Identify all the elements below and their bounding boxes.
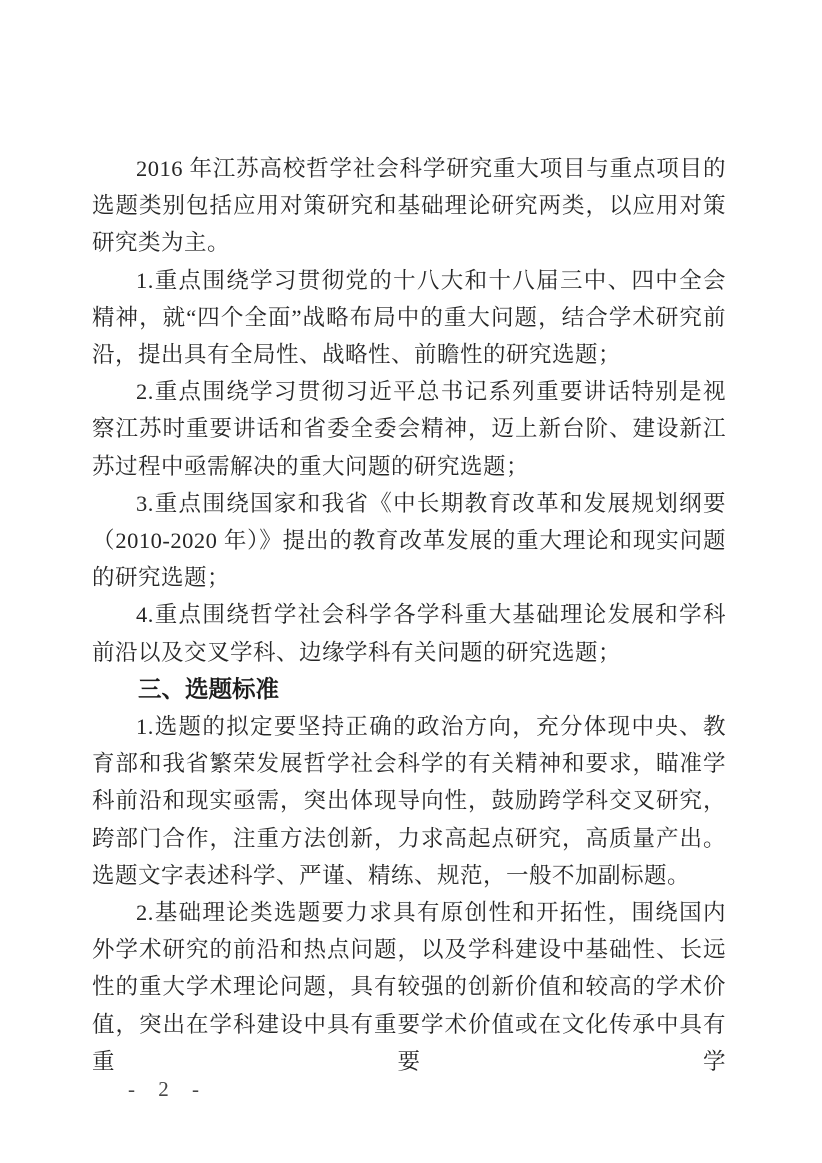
section-heading-topic-standards: 三、选题标准	[92, 671, 726, 708]
document-body: 2016 年江苏高校哲学社会科学研究重大项目与重点项目的选题类别包括应用对策研究…	[92, 150, 726, 1080]
page-number: - 2 -	[128, 1076, 208, 1102]
paragraph-standard-1: 1.选题的拟定要坚持正确的政治方向，充分体现中央、教育部和我省繁荣发展哲学社会科…	[92, 708, 726, 894]
paragraph-intro: 2016 年江苏高校哲学社会科学研究重大项目与重点项目的选题类别包括应用对策研究…	[92, 150, 726, 262]
paragraph-item-4: 4.重点围绕哲学社会科学各学科重大基础理论发展和学科前沿以及交叉学科、边缘学科有…	[92, 596, 726, 670]
paragraph-item-2: 2.重点围绕学习贯彻习近平总书记系列重要讲话特别是视察江苏时重要讲话和省委全委会…	[92, 373, 726, 485]
paragraph-item-3: 3.重点围绕国家和我省《中长期教育改革和发展规划纲要（2010-2020 年）》…	[92, 485, 726, 597]
paragraph-standard-2-cutoff: 2.基础理论类选题要力求具有原创性和开拓性，围绕国内外学术研究的前沿和热点问题，…	[92, 894, 726, 1080]
paragraph-item-1: 1.重点围绕学习贯彻党的十八大和十八届三中、四中全会精神，就“四个全面”战略布局…	[92, 262, 726, 374]
document-page: 2016 年江苏高校哲学社会科学研究重大项目与重点项目的选题类别包括应用对策研究…	[0, 0, 822, 1163]
